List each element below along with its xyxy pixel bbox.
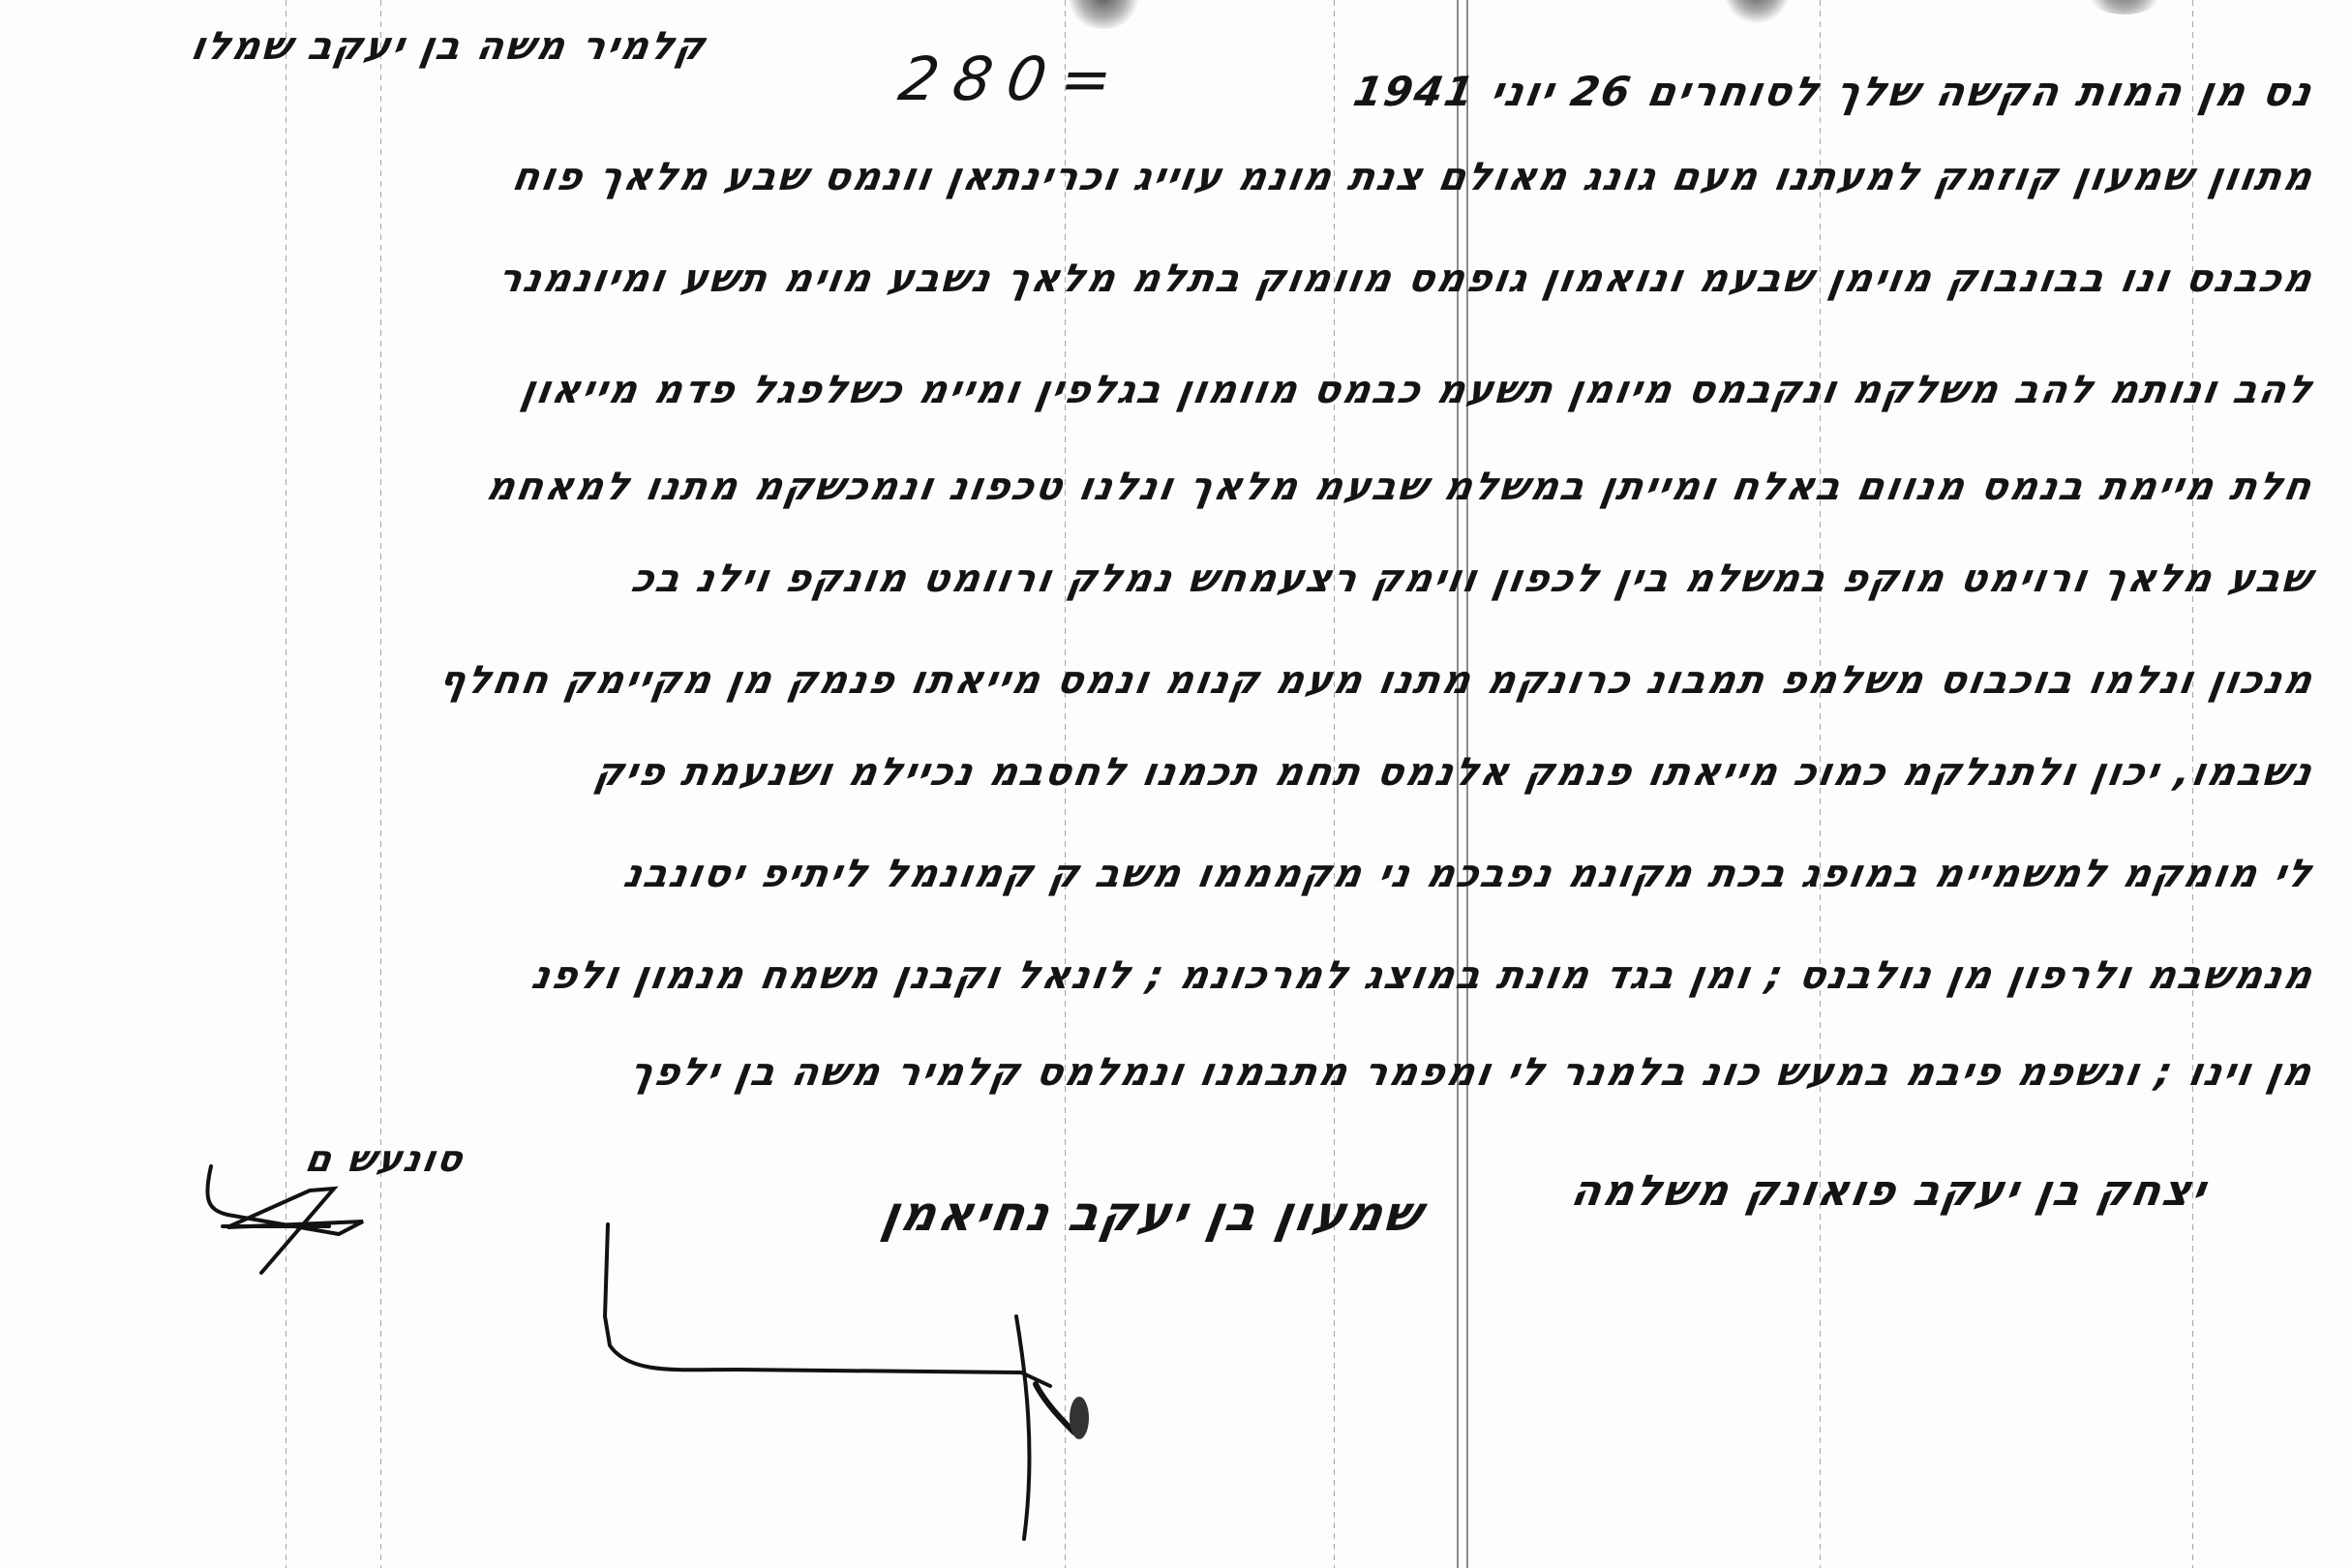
signature-flourish-left (207, 1166, 363, 1273)
document-page: קלמיר משה בן יעקב שמלו 280= נס מן המות ה… (0, 0, 2352, 1568)
signature-scribbles (0, 0, 2352, 1568)
signature-flourish-center (605, 1224, 1050, 1386)
